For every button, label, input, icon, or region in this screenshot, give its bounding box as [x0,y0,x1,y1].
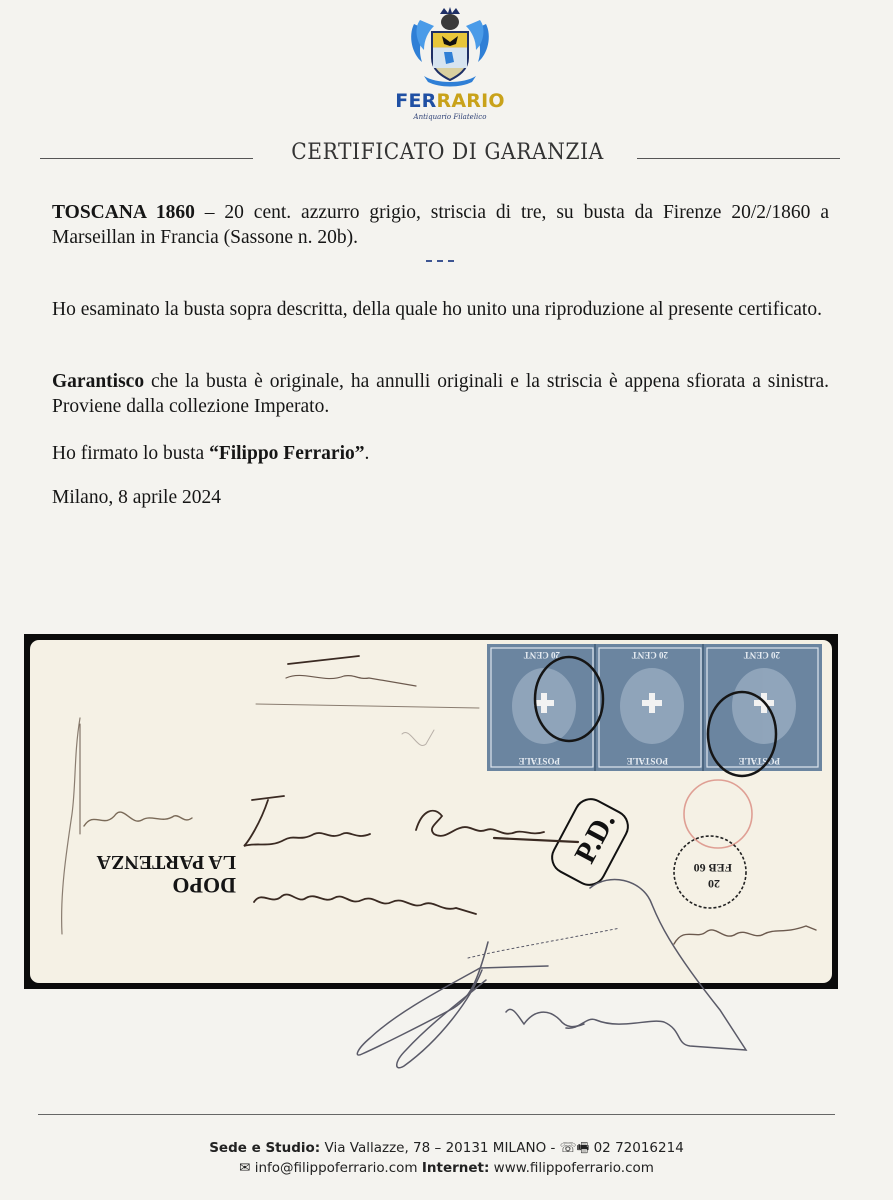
svg-text:POSTALE: POSTALE [739,756,780,766]
title-rule-left [40,158,253,159]
svg-text:20 CENT: 20 CENT [744,650,780,660]
guarantee-paragraph: Garantisco che la busta è originale, ha … [52,369,829,419]
examined-paragraph: Ho esaminato la busta sopra descritta, d… [52,297,829,322]
dopo-la-partenza-cancel-icon: DOPO LA PARTENZA [96,851,236,898]
signed-paragraph: Ho firmato lo busta “Filippo Ferrario”. [52,441,829,466]
guarantee-text: che la busta è originale, ha annulli ori… [52,371,829,417]
separator-dashes [426,260,454,264]
svg-text:LA PARTENZA: LA PARTENZA [96,851,236,873]
footer-website[interactable]: www.filippoferrario.com [489,1160,654,1176]
place-date: Milano, 8 aprile 2024 [52,485,829,510]
svg-text:P.D.: P.D. [568,807,622,869]
footer-rule [38,1114,835,1115]
footer-contact: Sede e Studio: Via Vallazze, 78 – 20131 … [0,1138,893,1178]
certificate-title: CERTIFICATO DI GARANZIA [284,140,611,165]
footer-web-line: ✉ info@filippoferrario.com Internet: www… [0,1158,893,1178]
title-rule-right [637,158,840,159]
svg-text:POSTALE: POSTALE [627,756,668,766]
svg-text:DOPO: DOPO [172,873,236,898]
envelope-photo: 20 CENT 20 CENT 20 CENT POSTALE POSTALE … [24,634,838,989]
ferrario-logo: FERRARIO Antiquario Filatelico [380,2,520,127]
svg-text:FEB 60: FEB 60 [694,861,732,875]
certificate-title-row: CERTIFICATO DI GARANZIA [40,140,840,170]
item-heading: TOSCANA 1860 [52,202,195,223]
footer-address-line: Sede e Studio: Via Vallazze, 78 – 20131 … [0,1138,893,1158]
guarantee-heading: Garantisco [52,371,144,392]
expert-signature-icon [0,0,893,1200]
svg-text:20: 20 [708,877,720,891]
svg-text:20 CENT: 20 CENT [524,650,560,660]
brand-name: FERRARIO [380,90,520,112]
email-icon: ✉ [239,1160,250,1176]
coat-of-arms-icon [406,6,494,90]
item-description: TOSCANA 1860 – 20 cent. azzurro grigio, … [52,200,829,250]
svg-text:POSTALE: POSTALE [519,756,560,766]
svg-text:20 CENT: 20 CENT [632,650,668,660]
brand-tagline: Antiquario Filatelico [380,113,520,121]
envelope-markings: 20 CENT 20 CENT 20 CENT POSTALE POSTALE … [24,634,838,989]
footer-email[interactable]: info@filippoferrario.com [250,1160,421,1176]
signer-name: “Filippo Ferrario” [209,443,364,464]
